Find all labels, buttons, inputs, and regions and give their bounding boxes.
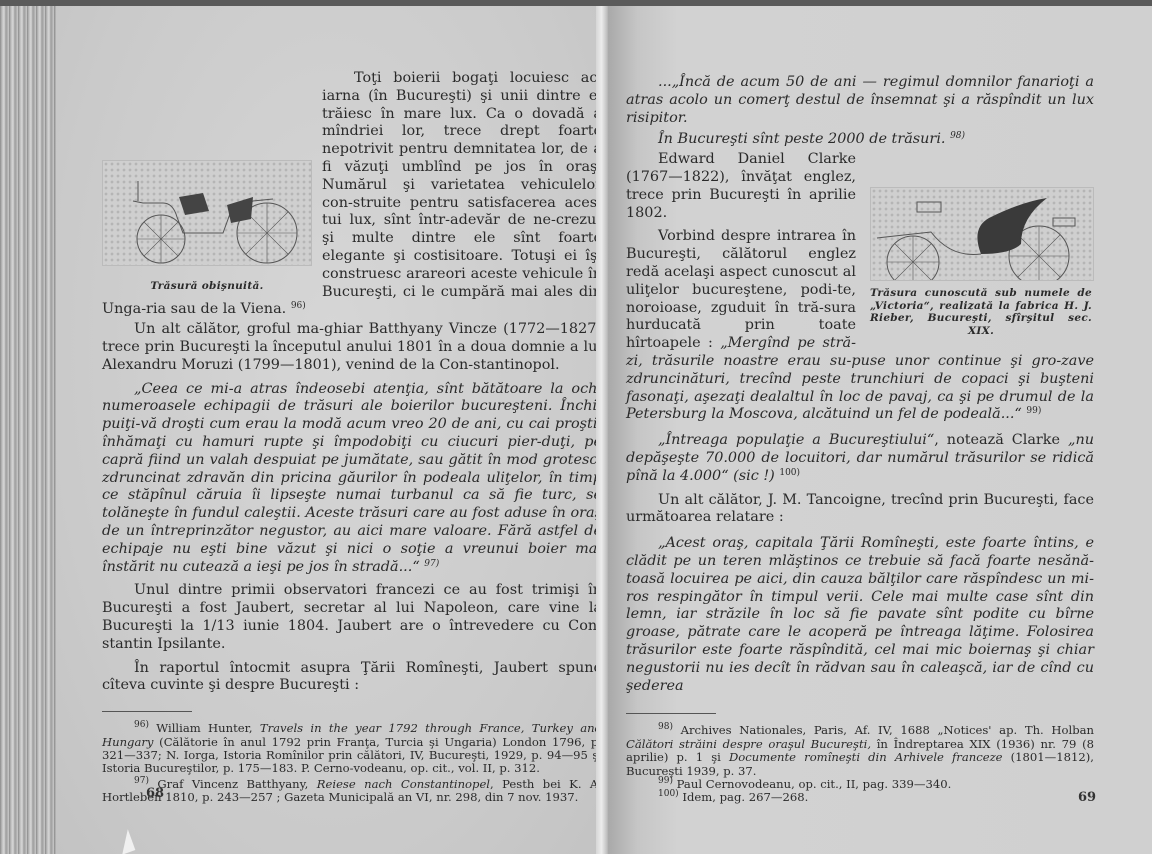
quote-trasuri-count: În Bucureşti sînt peste 2000 de trăsuri.… [626, 131, 1094, 149]
footnote-96: 96) William Hunter, Travels in the year … [102, 722, 602, 776]
quote-jaubert: ...„Încă de acum 50 de ani — regimul dom… [626, 74, 1094, 127]
quote-batthyany: „Ceea ce mi-a atras îndeosebi atenţia, s… [102, 381, 602, 577]
right-page: ...„Încă de acum 50 de ani — regimul dom… [608, 6, 1152, 854]
folded-corner [115, 829, 136, 854]
page-edges [0, 6, 58, 854]
footnote-100: 100) Idem, pag. 267—268. [626, 791, 1094, 804]
footnote-ref-100: 100) [779, 468, 800, 478]
footnote-97: 97) Graf Vincenz Batthyany, Reiese nach … [102, 778, 602, 805]
left-text-column: Trăsură obişnuită. Toţi boierii bogaţi l… [102, 70, 602, 805]
carriage-icon [871, 188, 1093, 280]
page-number-right: 69 [1078, 790, 1096, 805]
footnote-ref-98: 98) [950, 131, 965, 141]
right-footnotes: 98) Archives Nationales, Paris, Af. IV, … [626, 724, 1094, 804]
paragraph-jaubert: Unul dintre primii observatori francezi … [102, 582, 602, 653]
paragraph-population: „Întreaga populaţie a Bucureştiului“, no… [626, 432, 1094, 485]
footnote-divider [102, 711, 192, 712]
figure-ordinary-carriage: Trăsură obişnuită. [102, 160, 312, 293]
left-page: Trăsură obişnuită. Toţi boierii bogaţi l… [56, 6, 608, 854]
carriage-illustration [102, 160, 312, 266]
footnote-98: 98) Archives Nationales, Paris, Af. IV, … [626, 724, 1094, 778]
footnote-ref-97: 97) [424, 559, 439, 569]
figure-victoria-carriage: Trăsura cunoscută sub numele de „Victori… [870, 187, 1094, 337]
victoria-carriage-illustration [870, 187, 1094, 281]
page-number-left: 68 [146, 786, 164, 801]
footnote-divider [626, 713, 716, 714]
figure-caption: Trăsura cunoscută sub numele de „Victori… [870, 287, 1092, 337]
right-text-column: ...„Încă de acum 50 de ani — regimul dom… [626, 74, 1094, 805]
quote-tancoigne: „Acest oraş, capitala Ţării Romîneşti, e… [626, 535, 1094, 695]
paragraph-tancoigne: Un alt călător, J. M. Tancoigne, trecînd… [626, 492, 1094, 528]
left-footnotes: 96) William Hunter, Travels in the year … [102, 722, 602, 804]
paragraph-raport: În raportul întocmit asupra Ţării Romîne… [102, 660, 602, 696]
figure-caption: Trăsură obişnuită. [102, 280, 312, 293]
open-book: Trăsură obişnuită. Toţi boierii bogaţi l… [0, 0, 1152, 854]
paragraph-batthyany: Un alt călător, groful ma-ghiar Batthyan… [102, 321, 602, 374]
carriage-icon [103, 161, 311, 265]
footnote-ref-99: 99) [1026, 406, 1041, 416]
footnote-ref-96: 96) [291, 301, 306, 311]
